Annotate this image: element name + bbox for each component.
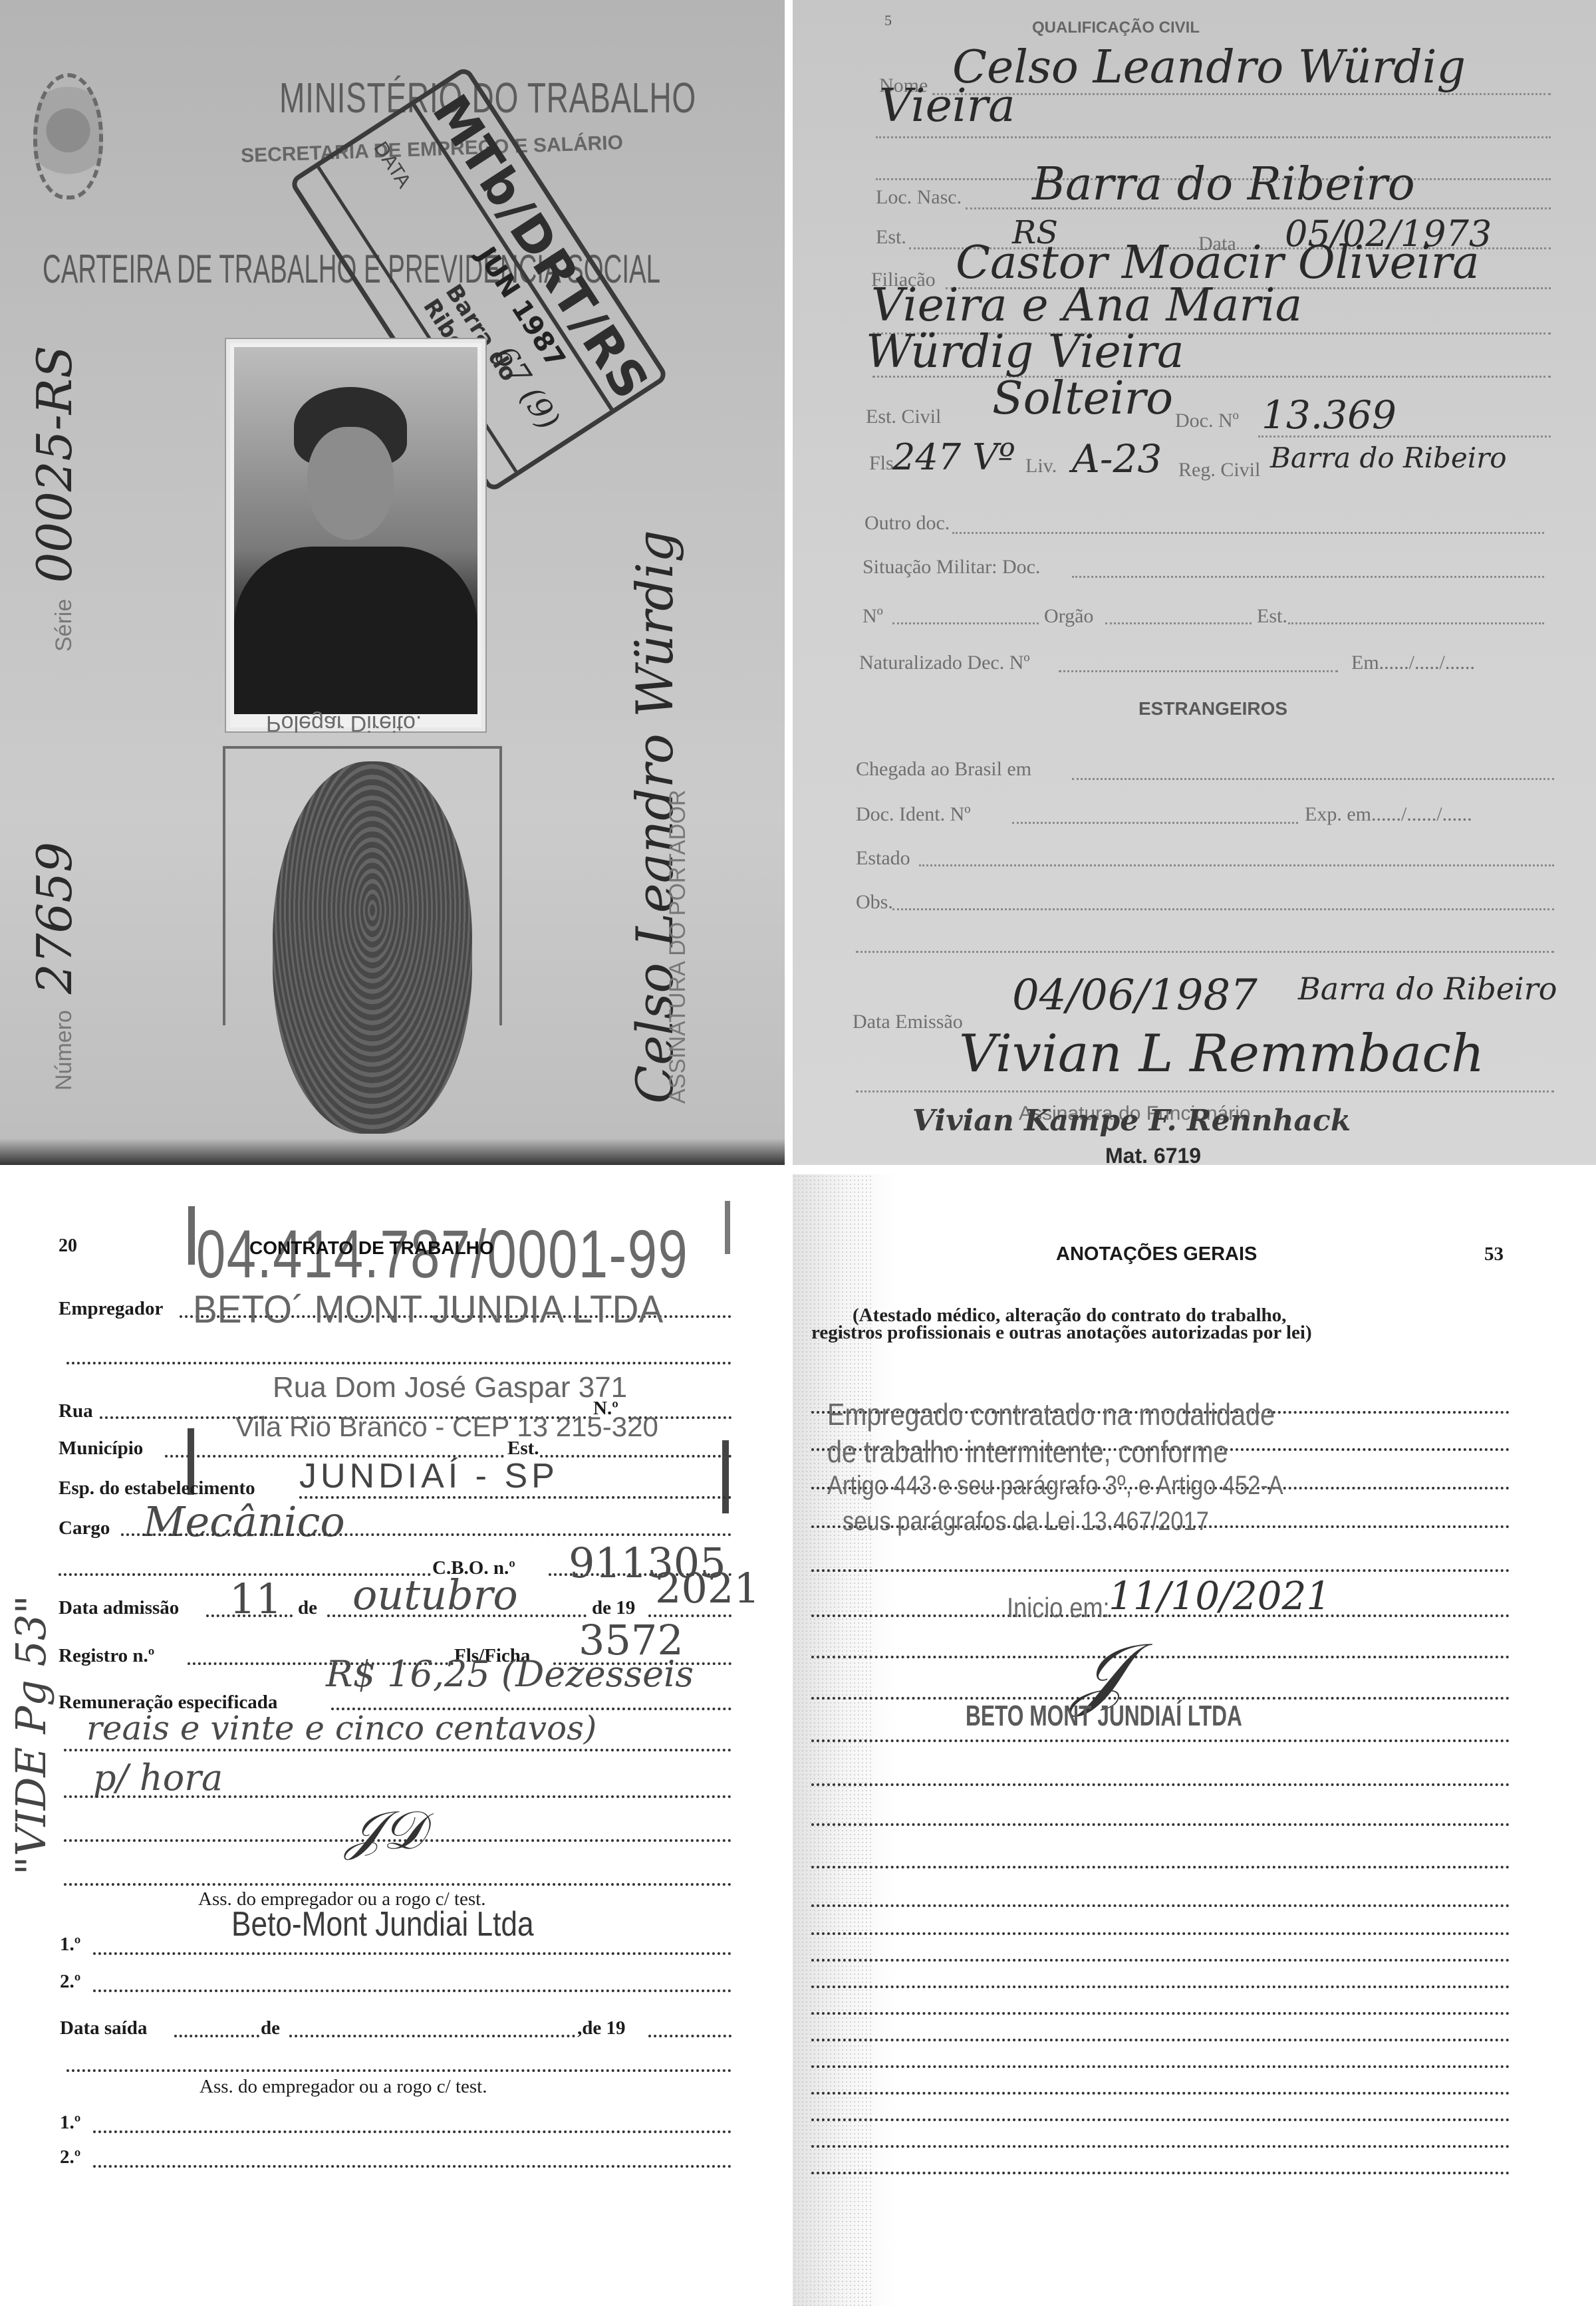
filiacao-line3: Würdig Vieira <box>866 326 1184 378</box>
dotted-line <box>811 1569 1510 1572</box>
dotted-line <box>1072 778 1554 780</box>
data-emissao-place: Barra do Ribeiro <box>1298 971 1557 1007</box>
dotted-line <box>1105 622 1252 624</box>
sit-militar-label: Situação Militar: Doc. <box>863 556 1040 578</box>
saida-de19-label: ,de 19 <box>577 2017 626 2039</box>
qualification-page: 5 QUALIFICAÇÃO CIVIL Nome Celso Leandro … <box>793 0 1596 1165</box>
dotted-line <box>64 1749 731 1751</box>
obs-label: Obs. <box>856 891 893 914</box>
dotted-line <box>93 2165 731 2168</box>
dotted-line <box>811 2092 1510 2095</box>
admissao-year: 2021 <box>655 1564 760 1612</box>
reg-civil-value: Barra do Ribeiro <box>1270 442 1507 474</box>
annotation-stamp-line4: seus parágrafos da Lei 13.467/2017 <box>843 1507 1209 1537</box>
admissao-day: 11 <box>229 1575 282 1623</box>
dotted-line <box>66 1362 731 1364</box>
dotted-line <box>811 1904 1510 1907</box>
dotted-line <box>811 1823 1510 1826</box>
dotted-line <box>64 1795 731 1798</box>
remuneracao-line2: reais e vinte e cinco centavos) <box>86 1709 597 1747</box>
n-label: Nº <box>863 605 883 628</box>
empregador-label: Empregador <box>59 1298 163 1320</box>
dotted-line <box>648 2035 731 2037</box>
dotted-line <box>174 2035 259 2037</box>
dotted-line <box>1258 436 1551 438</box>
numero-label: Número <box>51 1010 76 1090</box>
admissao-de-label: de <box>298 1597 317 1619</box>
annotations-page: ANOTAÇÕES GERAIS 53 (Atestado médico, al… <box>793 1174 1596 2306</box>
est-civil-value: Solteiro <box>992 372 1173 425</box>
fls-value: 247 Vº <box>892 436 1015 478</box>
witness2-label: 2.º <box>60 1971 80 1993</box>
stamp-date-label: DATA <box>369 138 416 192</box>
cover-page: MINISTÉRIO DO TRABALHO SECRETARIA DE EMP… <box>0 0 785 1165</box>
rua-value: Rua Dom José Gaspar 371 <box>273 1371 627 1404</box>
remuneracao-line1: R$ 16,25 (Dezesseis <box>326 1653 694 1695</box>
em-label: Em....../...../...... <box>1351 652 1475 674</box>
est-label: Est. <box>876 226 906 249</box>
page-number: 20 <box>59 1235 77 1257</box>
dotted-line <box>919 864 1554 866</box>
reg-civil-label: Reg. Civil <box>1178 459 1260 481</box>
liv-value: A-23 <box>1072 436 1162 481</box>
dotted-line <box>892 908 1554 910</box>
cargo-value: Mecânico <box>143 1497 345 1546</box>
page-shadow <box>0 1138 785 1165</box>
registro-label: Registro n.º <box>59 1645 154 1667</box>
dotted-line <box>121 1533 731 1536</box>
stamp-bracket-right <box>722 1440 729 1513</box>
annotation-stamp-line1: Empregado contratado na modalidade <box>827 1396 1275 1432</box>
page-title: QUALIFICAÇÃO CIVIL <box>1032 19 1200 37</box>
dotted-line <box>876 136 1551 138</box>
admissao-month: outubro <box>352 1571 518 1619</box>
dotted-line <box>66 2069 731 2072</box>
liv-label: Liv. <box>1025 455 1057 477</box>
dotted-line <box>856 1090 1554 1092</box>
dotted-line <box>540 1455 731 1458</box>
annotation-stamp-line2: de trabalho intermitente, conforme <box>827 1434 1228 1470</box>
inicio-label: Inicio em: <box>1007 1592 1110 1624</box>
dotted-line <box>299 1496 731 1499</box>
rua-label: Rua <box>59 1400 93 1422</box>
municipio-label: Município <box>59 1438 143 1460</box>
page-number: 53 <box>1484 1243 1504 1265</box>
data-emissao-value: 04/06/1987 <box>1012 971 1258 1020</box>
numero-field: Número 27659 <box>27 842 82 1090</box>
dotted-line <box>64 1883 731 1886</box>
dotted-line <box>811 2118 1510 2121</box>
inicio-value: 11/10/2021 <box>1109 1573 1331 1618</box>
dotted-line <box>1072 576 1544 578</box>
thumbprint-icon <box>273 761 472 1134</box>
description-line2: registros profissionais e outras anotaçõ… <box>811 1322 1312 1344</box>
dotted-line <box>811 2145 1510 2148</box>
dotted-line <box>93 1989 731 1992</box>
ass-empregador2-label: Ass. do empregador ou a rogo c/ test. <box>199 2076 487 2098</box>
witness1-label: 1.º <box>60 1934 80 1956</box>
naturalizado-label: Naturalizado Dec. Nº <box>859 652 1030 674</box>
page-title: CONTRATO DE TRABALHO <box>249 1237 494 1259</box>
signature-label: ASSINATURA DO PORTADOR <box>665 790 691 1104</box>
cargo-label: Cargo <box>59 1517 110 1539</box>
annotation-stamp-line3: Artigo 443 e seu parágrafo 3º, e Artigo … <box>827 1471 1283 1501</box>
margin-note: "VIDE Pg 53" <box>7 1595 55 1875</box>
witness3-label: 1.º <box>60 2112 80 2134</box>
thumb-label: Polegar Direito. <box>266 710 422 736</box>
official-mat-stamp: Mat. 6719 <box>1105 1144 1201 1165</box>
orgao-label: Orgão <box>1044 605 1093 628</box>
dotted-line <box>811 2039 1510 2041</box>
dotted-line <box>856 951 1554 953</box>
data-emissao-label: Data Emissão <box>853 1011 963 1033</box>
dotted-line <box>892 622 1039 624</box>
dotted-line <box>93 1952 731 1955</box>
dotted-line <box>811 2065 1510 2068</box>
company-stamp: Beto-Mont Jundiai Ltda <box>231 1904 534 1944</box>
nome-value: Celso Leandro Würdig <box>952 41 1466 94</box>
dotted-line <box>811 1783 1510 1786</box>
dotted-line <box>811 2012 1510 2015</box>
est-civil-label: Est. Civil <box>866 406 941 428</box>
company-stamp: BETO MONT JUNDIAÍ LTDA <box>966 1700 1242 1733</box>
dotted-line <box>811 1986 1510 1988</box>
dotted-line <box>93 2130 731 2133</box>
employer-signature: 𝒥𝒟 <box>346 1799 425 1862</box>
page-number: 5 <box>884 12 892 29</box>
official-signature: Vivian L Remmbach <box>959 1024 1484 1084</box>
dotted-line <box>811 1959 1510 1962</box>
admissao-label: Data admissão <box>59 1597 179 1619</box>
loc-nasc-value: Barra do Ribeiro <box>1032 158 1415 211</box>
loc-nasc-label: Loc. Nasc. <box>876 186 962 209</box>
holder-photo <box>226 339 485 731</box>
brazil-coat-of-arms-icon <box>33 73 103 199</box>
foreigners-title: ESTRANGEIROS <box>1138 698 1287 719</box>
dotted-line <box>289 2035 575 2037</box>
dotted-line <box>952 532 1544 534</box>
numero-value: 27659 <box>27 842 82 994</box>
dotted-line <box>811 1739 1510 1742</box>
serie-field: Série 00025-RS <box>27 346 82 652</box>
contract-page: 20 04.414.787/0001-99 CONTRATO DE TRABAL… <box>0 1174 785 2306</box>
doc-n-value: 13.369 <box>1262 392 1396 438</box>
esp-estabelecimento-label: Esp. do estabelecimento <box>59 1477 255 1499</box>
est2-label: Est. <box>1257 605 1287 628</box>
empregador-value: BETO´ MONT JUNDIA LTDA <box>193 1287 663 1332</box>
exp-em-label: Exp. em....../....../...... <box>1305 803 1472 826</box>
serie-value: 00025-RS <box>27 346 82 583</box>
serie-label: Série <box>51 599 76 652</box>
photo-face <box>307 427 394 540</box>
filiacao-line2: Vieira e Ana Maria <box>871 279 1302 332</box>
doc-ident-label: Doc. Ident. Nº <box>856 803 971 826</box>
dotted-line <box>811 1656 1510 1658</box>
witness4-label: 2.º <box>60 2146 80 2168</box>
dotted-line <box>811 1866 1510 1868</box>
city-stamp: JUNDIAÍ - SP <box>299 1456 559 1496</box>
page-title: ANOTAÇÕES GERAIS <box>1056 1243 1257 1265</box>
official-name-stamp: Vivian Kampe F. Rennhack <box>912 1104 1351 1138</box>
outro-doc-label: Outro doc. <box>864 512 950 535</box>
estado-label: Estado <box>856 847 910 870</box>
dotted-line <box>1288 622 1544 624</box>
data-saida-label: Data saída <box>60 2017 147 2039</box>
photo-body <box>234 547 477 714</box>
municipio-value: Vila Rio Branco - CEP 13 215-320 <box>235 1411 658 1443</box>
dotted-line <box>1012 822 1298 824</box>
dotted-line <box>811 2172 1510 2174</box>
doc-n-label: Doc. Nº <box>1175 410 1239 432</box>
nome-value-line2: Vieira <box>879 80 1015 132</box>
dotted-line <box>811 1932 1510 1935</box>
remuneracao-line3: p/ hora <box>93 1757 223 1799</box>
chegada-label: Chegada ao Brasil em <box>856 758 1031 781</box>
saida-de-label: de <box>261 2017 280 2039</box>
dotted-line <box>1059 670 1338 672</box>
